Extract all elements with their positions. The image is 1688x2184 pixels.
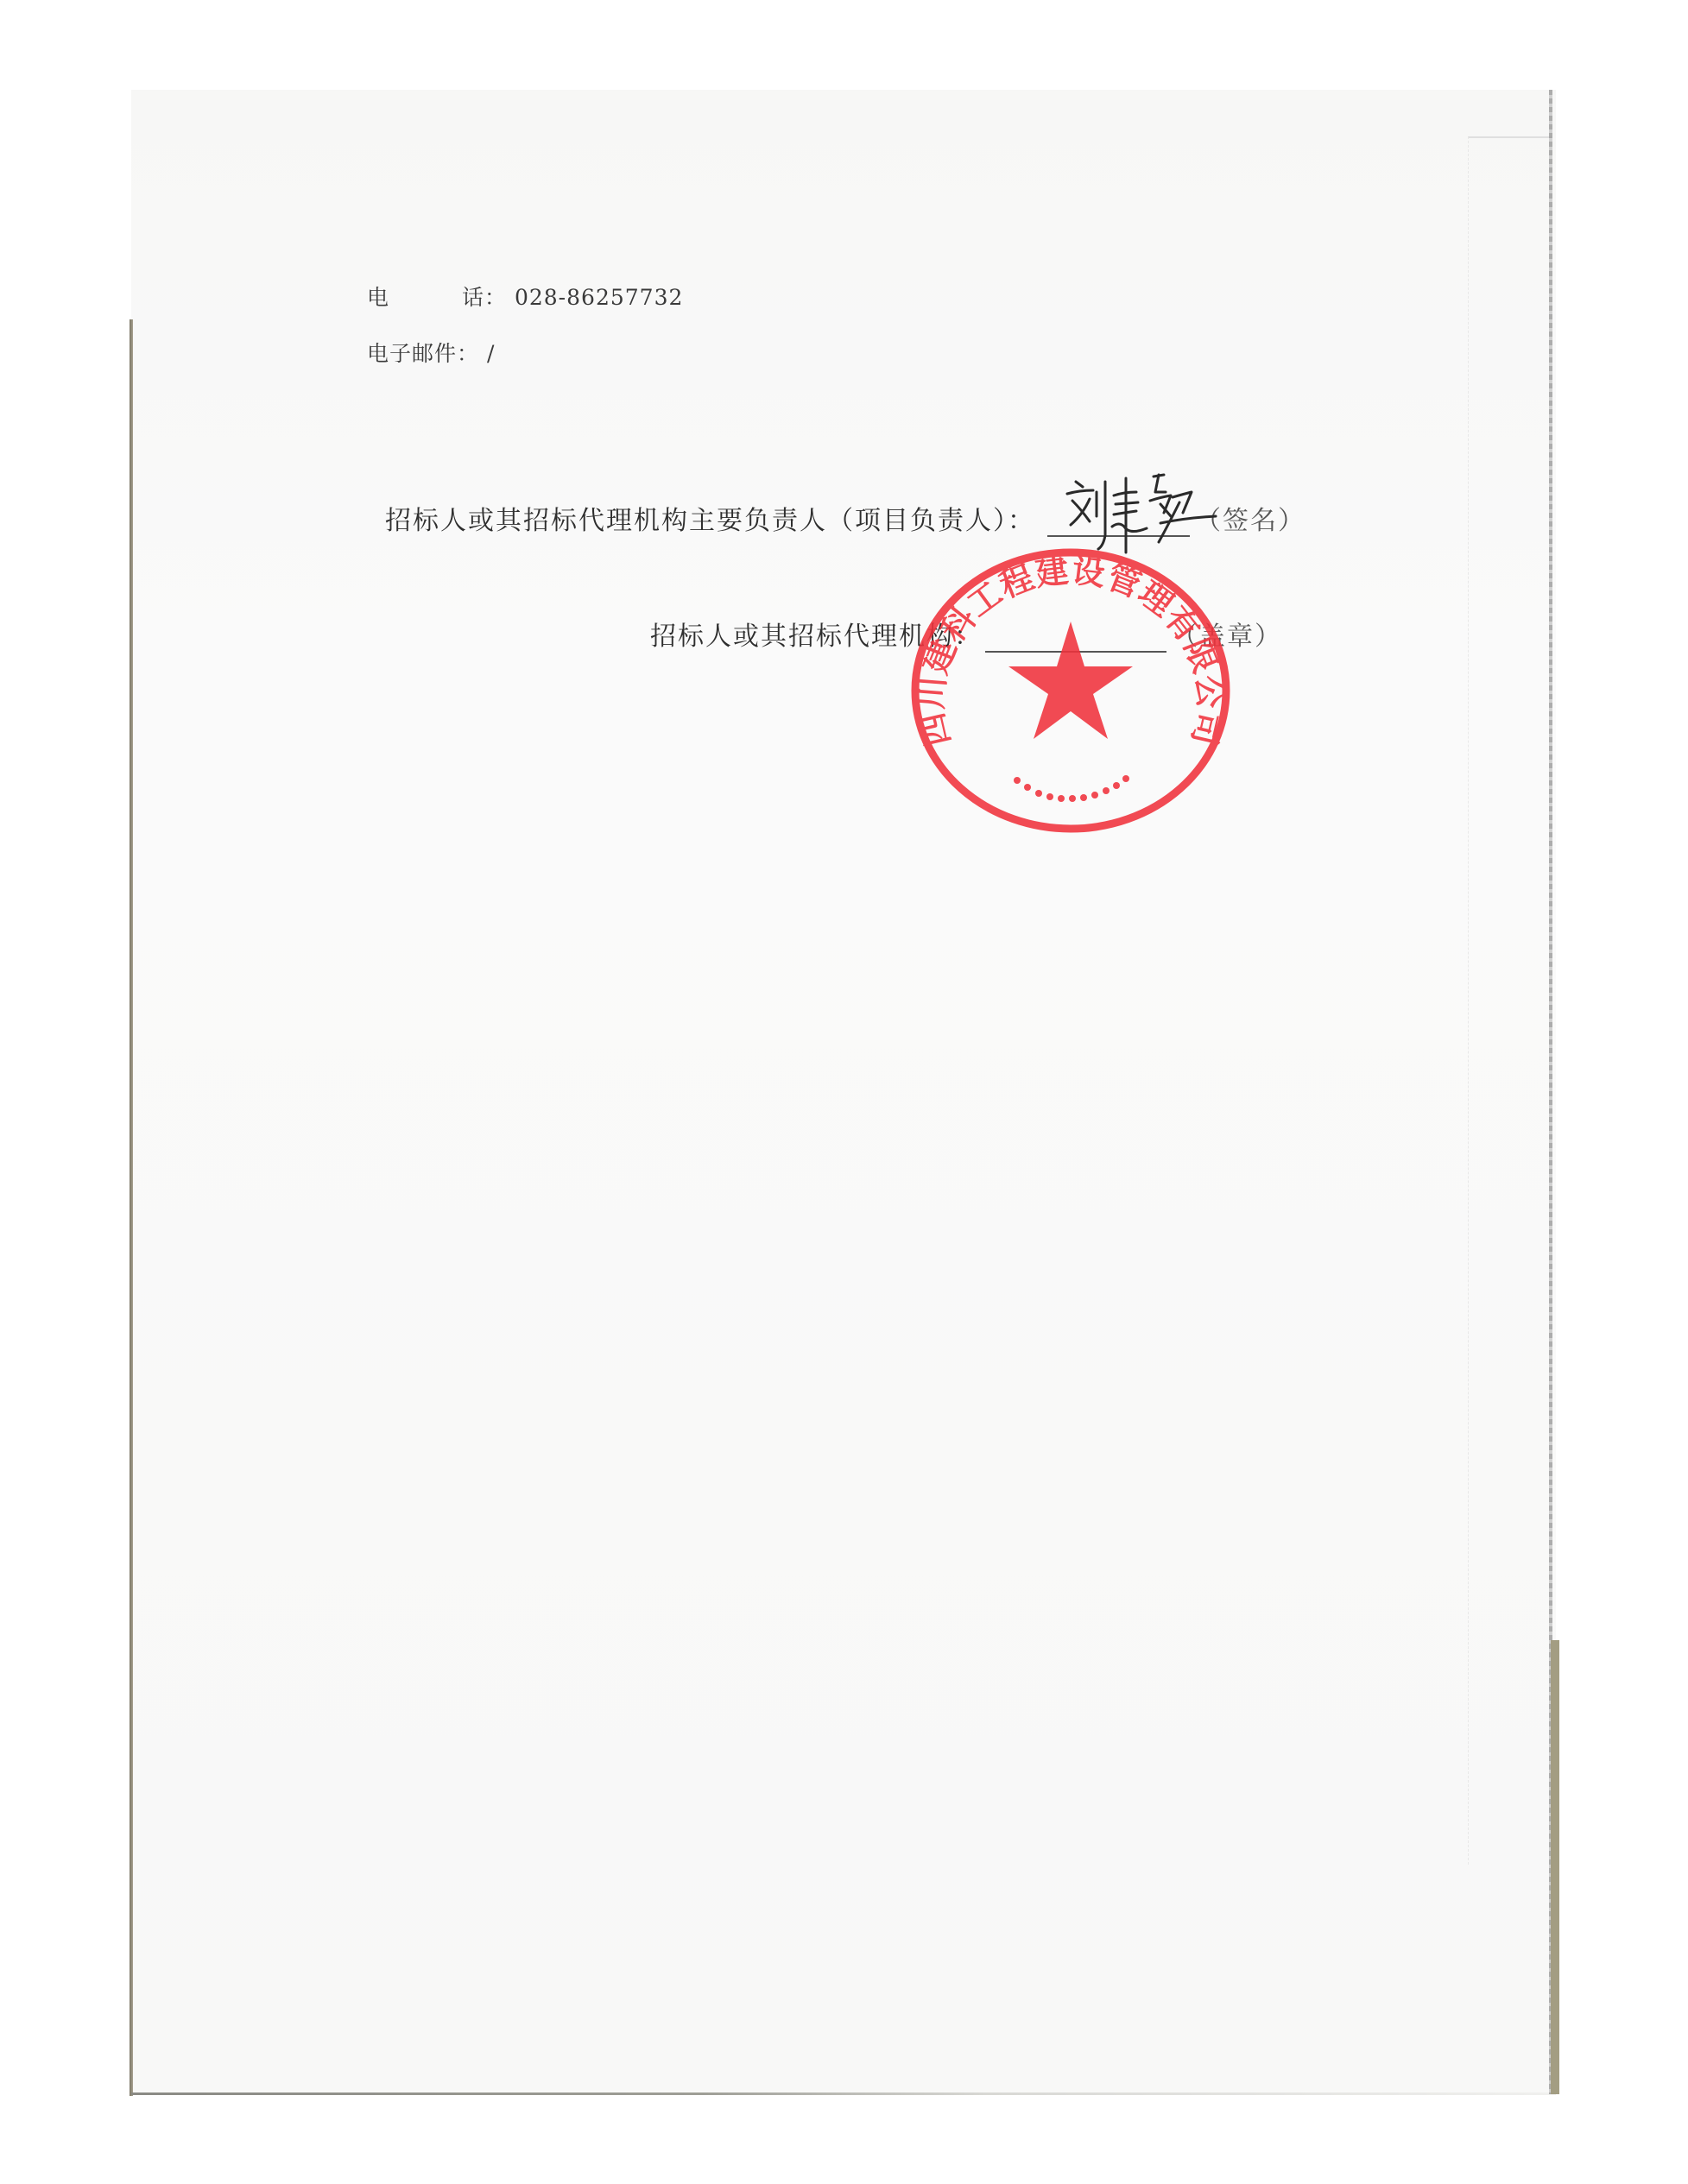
phone-line: 电话： 028-86257732 — [367, 281, 683, 312]
document-page — [131, 90, 1556, 2094]
page-edge-right-strip — [1551, 1640, 1559, 2094]
page-edge-bottom — [131, 2092, 1556, 2095]
signature-label: 招标人或其招标代理机构主要负责人（项目负责人）： — [385, 506, 1035, 536]
email-line: 电子邮件： / — [367, 337, 495, 368]
phone-label-2: 话： — [462, 285, 507, 310]
company-seal-stamp: 四川建科工程建设管理有限公司 — [907, 546, 1235, 835]
scan-shadow-sheet — [1468, 136, 1552, 1865]
email-label: 电子邮件： — [367, 341, 479, 366]
page-edge-left — [130, 319, 133, 2096]
email-value: / — [487, 341, 495, 366]
phone-label-1: 电 — [367, 281, 462, 312]
phone-value: 028-86257732 — [515, 285, 683, 310]
